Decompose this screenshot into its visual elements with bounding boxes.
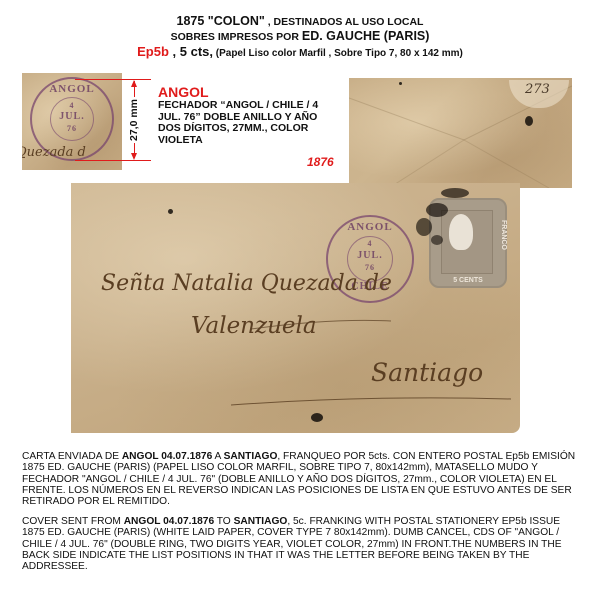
ink-dot — [399, 82, 402, 85]
title-line-1: 1875 "COLON" , DESTINADOS AL USO LOCAL — [0, 14, 600, 28]
postmark-detail-image: ANGOL 4 JUL. 76 Quezada d — [22, 73, 122, 170]
paper-detail: (Papel Liso color Marfil , Sobre Tipo 7,… — [213, 48, 463, 59]
envelope-front-image: FRANCO 5 CENTS ANGOL 4 JUL. 76 CHILE Señ… — [71, 183, 520, 433]
postmark-top-text: ANGOL — [32, 83, 112, 95]
title-line-3: Ep5b , 5 cts, (Papel Liso color Marfil ,… — [0, 44, 600, 59]
list-number: 273 — [525, 82, 550, 97]
destination: SANTIAGO — [224, 451, 278, 462]
origin-date: ANGOL 04.07.1876 — [122, 451, 212, 462]
title-main: 1875 "COLON" — [177, 14, 265, 28]
detail-description: FECHADOR “ANGOL / CHILE / 4 JUL. 76” DOB… — [158, 100, 338, 146]
printer-prefix: SOBRES IMPRESOS POR — [171, 31, 302, 43]
year-label: 1876 — [307, 155, 334, 169]
postmark-month: JUL. — [32, 111, 112, 122]
envelope-back-image: 273 — [349, 78, 572, 188]
detail-title: ANGOL — [158, 84, 209, 100]
dimension-line-bottom — [75, 160, 151, 161]
catalog-code: Ep5b — [137, 44, 169, 59]
text: CARTA ENVIADA DE — [22, 451, 122, 462]
title-rest: , DESTINADOS AL USO LOCAL — [265, 16, 424, 28]
dimension-label: 27,0 mm — [128, 97, 140, 143]
printer-name: ED. GAUCHE (PARIS) — [302, 29, 430, 43]
description-spanish: CARTA ENVIADA DE ANGOL 04.07.1876 A SANT… — [22, 451, 582, 507]
text: A — [212, 451, 223, 462]
handwriting-fragment: Quezada d — [22, 145, 86, 160]
destination: SANTIAGO — [234, 516, 288, 527]
arrow-up-icon — [131, 80, 137, 87]
dimension-line-top — [75, 79, 151, 80]
origin-date: ANGOL 04.07.1876 — [124, 516, 214, 527]
ink-blot — [525, 116, 533, 126]
description-english: COVER SENT FROM ANGOL 04.07.1876 TO SANT… — [22, 516, 582, 572]
face-value: , 5 cts, — [169, 44, 213, 59]
address-flourishes — [71, 183, 520, 433]
postmark-year: 76 — [32, 124, 112, 133]
text: TO — [214, 516, 233, 527]
postmark-day: 4 — [32, 101, 112, 110]
text: COVER SENT FROM — [22, 516, 124, 527]
arrow-down-icon — [131, 153, 137, 160]
title-line-2: SOBRES IMPRESOS POR ED. GAUCHE (PARIS) — [0, 29, 600, 43]
